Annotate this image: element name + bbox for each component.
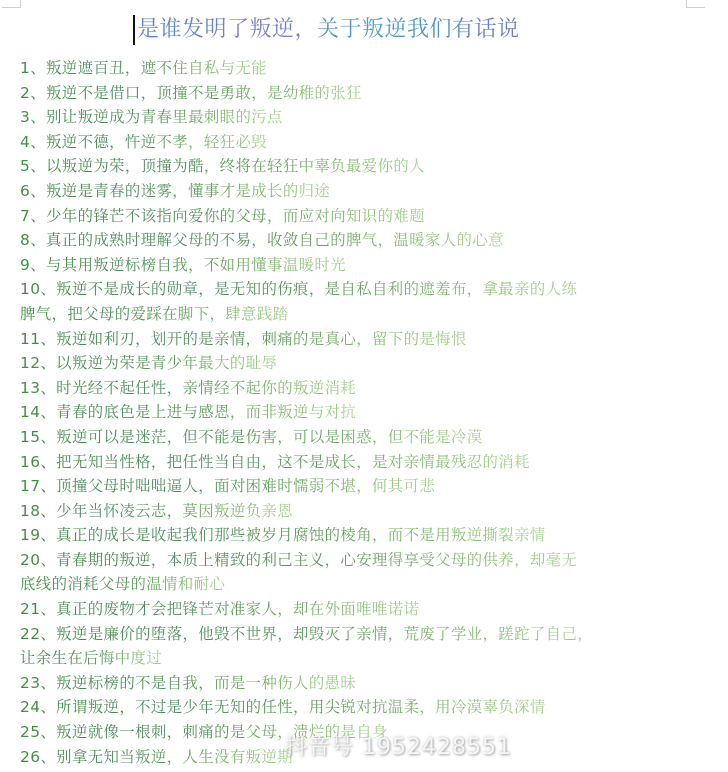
list-item: 6、叛逆是青春的迷雾，懂事才是成长的归途 (20, 179, 330, 204)
list-item-continuation: 脾气，把父母的爱踩在脚下，肆意践踏 (20, 302, 288, 327)
list-item: 10、叛逆不是成长的勋章，是无知的伤痕，是自私自利的遮羞布，拿最亲的人练 (20, 277, 577, 302)
list-item: 12、以叛逆为荣是青少年最大的耻辱 (20, 351, 277, 376)
list-item-continuation: 让余生在后悔中度过 (20, 646, 162, 671)
list-item-continuation: 底线的消耗父母的温情和耐心 (20, 572, 225, 597)
list-item: 9、与其用叛逆标榜自我，不如用懂事温暖时光 (20, 253, 346, 278)
margin-corner-mark-left (2, 0, 21, 8)
document-title[interactable]: 是谁发明了叛逆，关于叛逆我们有话说 (137, 14, 520, 46)
list-item: 21、真正的废物才会把锋芒对准家人，却在外面唯唯诺诺 (20, 597, 419, 622)
document-page: 是谁发明了叛逆，关于叛逆我们有话说 1、叛逆遮百丑，遮不住自私与无能2、叛逆不是… (0, 0, 728, 772)
list-item: 8、真正的成熟时理解父母的不易，收敛自己的脾气，温暖家人的心意 (20, 228, 504, 253)
list-item: 2、叛逆不是借口，顶撞不是勇敢，是幼稚的张狂 (20, 81, 362, 106)
list-item: 4、叛逆不德，忤逆不孝，轻狂必毁 (20, 130, 267, 155)
list-item: 11、叛逆如利刃，划开的是亲情，刺痛的是真心，留下的是悔恨 (20, 327, 467, 352)
list-item: 23、叛逆标榜的不是自我，而是一种伤人的愚昧 (20, 671, 356, 696)
title-row: 是谁发明了叛逆，关于叛逆我们有话说 (0, 14, 728, 46)
list-item: 15、叛逆可以是迷茫，但不能是伤害，可以是困惑，但不能是冷漠 (20, 425, 483, 450)
document-body[interactable]: 1、叛逆遮百丑，遮不住自私与无能2、叛逆不是借口，顶撞不是勇敢，是幼稚的张狂3、… (20, 56, 710, 769)
list-item: 22、叛逆是廉价的堕落，他毁不世界，却毁灭了亲情，荒废了学业，蹉跎了自己， (20, 622, 593, 647)
list-item: 17、顶撞父母时咄咄逼人，面对困难时懦弱不堪，何其可悲 (20, 474, 435, 499)
list-item: 3、别让叛逆成为青春里最刺眼的污点 (20, 105, 283, 130)
list-item: 1、叛逆遮百丑，遮不住自私与无能 (20, 56, 267, 81)
list-item: 16、把无知当性格，把任性当自由，这不是成长，是对亲情最残忍的消耗 (20, 450, 530, 475)
list-item: 13、时光经不起任性，亲情经不起你的叛逆消耗 (20, 376, 356, 401)
list-item: 7、少年的锋芒不该指向爱你的父母，而应对向知识的难题 (20, 204, 425, 229)
list-item: 18、少年当怀凌云志，莫因叛逆负亲恩 (20, 499, 293, 524)
margin-corner-mark-right (686, 0, 705, 8)
list-item: 5、以叛逆为荣，顶撞为酷，终将在轻狂中辜负最爱你的人 (20, 154, 425, 179)
list-item: 26、别拿无知当叛逆，人生没有叛逆期 (20, 745, 293, 770)
watermark: 抖音号 1952428551 (285, 730, 512, 761)
list-item: 24、所谓叛逆，不过是少年无知的任性，用尖锐对抗温柔，用冷漠辜负深情 (20, 695, 546, 720)
list-item: 14、青春的底色是上进与感恩，而非叛逆与对抗 (20, 400, 356, 425)
list-item: 20、青春期的叛逆，本质上精致的利己主义，心安理得享受父母的供养，却毫无 (20, 548, 577, 573)
list-item: 19、真正的成长是收起我们那些被岁月腐蚀的棱角，而不是用叛逆撕裂亲情 (20, 523, 546, 548)
text-cursor (133, 15, 135, 45)
